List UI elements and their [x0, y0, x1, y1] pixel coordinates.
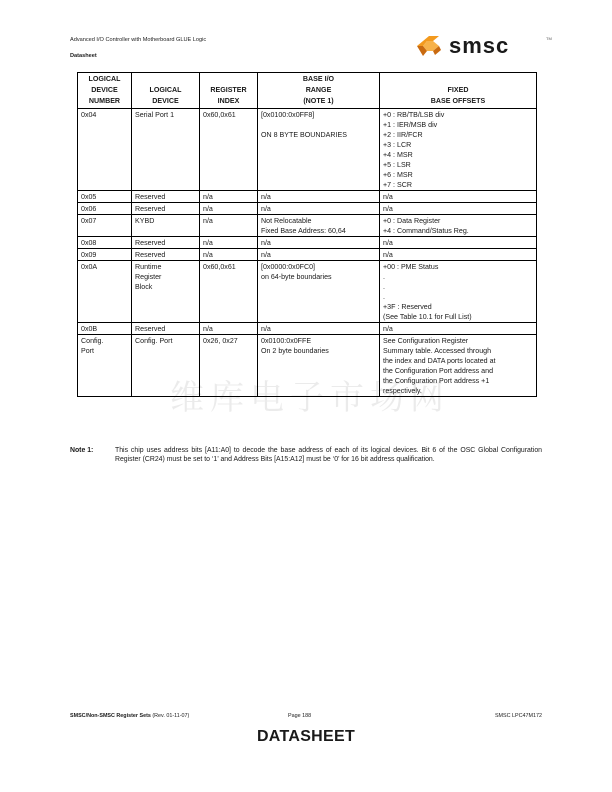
cell-text: 0x04 [81, 110, 128, 120]
footer-section-title: SMSC/Non-SMSC Register Sets [70, 713, 151, 719]
cell-text: n/a [203, 216, 254, 226]
cell-text: +0 : Data Register [383, 216, 533, 226]
note-label: Note 1: [70, 446, 93, 455]
register-index-cell: 0x60,0x61 [200, 109, 258, 191]
svg-text:smsc: smsc [449, 33, 509, 58]
device-name-cell: Reserved [132, 323, 200, 335]
cell-text: +3F : Reserved [383, 302, 533, 312]
base-offsets-cell: n/a [380, 203, 537, 215]
base-range-cell: 0x0100:0x0FFEOn 2 byte boundaries [258, 335, 380, 397]
cell-text: Runtime [135, 262, 196, 272]
register-index-cell: n/a [200, 249, 258, 261]
header-text: BASE OFFSETS [383, 96, 533, 107]
cell-text: 0x60,0x61 [203, 110, 254, 120]
register-index-cell: n/a [200, 203, 258, 215]
device-name-cell: Reserved [132, 249, 200, 261]
col-logical-device-header: LOGICALDEVICE [132, 73, 200, 109]
device-name-cell: Serial Port 1 [132, 109, 200, 191]
header-text: (NOTE 1) [261, 96, 376, 107]
base-range-cell: [0x0100:0x0FF8] ON 8 BYTE BOUNDARIES [258, 109, 380, 191]
cell-text: n/a [261, 250, 376, 260]
device-number-cell: 0x07 [78, 215, 132, 237]
smsc-logo: smsc TM [415, 30, 555, 60]
base-range-cell: n/a [258, 237, 380, 249]
cell-text: n/a [383, 250, 533, 260]
device-number-cell: 0x09 [78, 249, 132, 261]
cell-text: n/a [203, 250, 254, 260]
svg-text:TM: TM [546, 36, 552, 41]
device-name-cell: Reserved [132, 191, 200, 203]
cell-text: n/a [383, 324, 533, 334]
cell-text: n/a [383, 204, 533, 214]
device-name-cell: Config. Port [132, 335, 200, 397]
base-offsets-cell: +0 : RB/TB/LSB div+1 : IER/MSB div+2 : I… [380, 109, 537, 191]
col-base-io-range-header: BASE I/ORANGE(NOTE 1) [258, 73, 380, 109]
cell-text: See Configuration Register [383, 336, 533, 346]
cell-text: 0x08 [81, 238, 128, 248]
cell-text: +6 : MSR [383, 170, 533, 180]
cell-text: the Configuration Port address +1 [383, 376, 533, 386]
device-name-cell: Reserved [132, 237, 200, 249]
cell-text: +3 : LCR [383, 140, 533, 150]
cell-text: Reserved [135, 192, 196, 202]
cell-text: +4 : MSR [383, 150, 533, 160]
footer-revision: (Rev. 01-11-07) [151, 713, 189, 719]
device-number-cell: 0x06 [78, 203, 132, 215]
device-number-cell: Config.Port [78, 335, 132, 397]
cell-text: n/a [261, 238, 376, 248]
base-offsets-cell: n/a [380, 249, 537, 261]
cell-text: n/a [203, 324, 254, 334]
base-range-cell: [0x0000:0x0FC0]on 64-byte boundaries [258, 261, 380, 323]
cell-text: n/a [261, 192, 376, 202]
cell-text: Reserved [135, 250, 196, 260]
base-offsets-cell: n/a [380, 237, 537, 249]
footer-section: SMSC/Non-SMSC Register Sets (Rev. 01-11-… [70, 713, 189, 719]
cell-text: Summary table. Accessed through [383, 346, 533, 356]
cell-text: KYBD [135, 216, 196, 226]
device-number-cell: 0x0A [78, 261, 132, 323]
cell-text: on 64-byte boundaries [261, 272, 376, 282]
cell-text: 0x05 [81, 192, 128, 202]
cell-text: . [383, 282, 533, 292]
base-range-cell: Not RelocatableFixed Base Address: 60,64 [258, 215, 380, 237]
cell-text: . [383, 292, 533, 302]
cell-text: 0x06 [81, 204, 128, 214]
device-name-cell: RuntimeRegisterBlock [132, 261, 200, 323]
cell-text: . [383, 272, 533, 282]
cell-text: 0x07 [81, 216, 128, 226]
header-text: BASE I/O [261, 74, 376, 85]
cell-text: the index and DATA ports located at [383, 356, 533, 366]
register-index-cell: 0x60,0x61 [200, 261, 258, 323]
cell-text: ON 8 BYTE BOUNDARIES [261, 130, 376, 140]
cell-text: 0x09 [81, 250, 128, 260]
table-row: 0x08Reservedn/an/an/a [78, 237, 537, 249]
base-offsets-cell: n/a [380, 191, 537, 203]
cell-text: Fixed Base Address: 60,64 [261, 226, 376, 236]
header-text: INDEX [203, 96, 254, 107]
table-row: 0x0BReservedn/an/an/a [78, 323, 537, 335]
device-number-cell: 0x0B [78, 323, 132, 335]
cell-text: Block [135, 282, 196, 292]
cell-text: respectively. [383, 386, 533, 396]
cell-text: 0x60,0x61 [203, 262, 254, 272]
base-range-cell: n/a [258, 249, 380, 261]
cell-text: +7 : SCR [383, 180, 533, 190]
cell-text: n/a [383, 192, 533, 202]
cell-text: Serial Port 1 [135, 110, 196, 120]
cell-text: Not Relocatable [261, 216, 376, 226]
base-offsets-cell: See Configuration RegisterSummary table.… [380, 335, 537, 397]
note-text: This chip uses address bits [A11:A0] to … [115, 446, 542, 464]
device-name-cell: KYBD [132, 215, 200, 237]
cell-text: +5 : LSR [383, 160, 533, 170]
cell-text: n/a [261, 324, 376, 334]
cell-text: 0x26, 0x27 [203, 336, 254, 346]
cell-text: +2 : IIR/FCR [383, 130, 533, 140]
cell-text: [0x0100:0x0FF8] [261, 110, 376, 120]
base-offsets-cell: +0 : Data Register+4 : Command/Status Re… [380, 215, 537, 237]
footer-page-number: Page 188 [288, 713, 311, 719]
cell-text: 0x0A [81, 262, 128, 272]
base-range-cell: n/a [258, 191, 380, 203]
smsc-logo-icon: smsc TM [415, 30, 555, 60]
device-number-cell: 0x05 [78, 191, 132, 203]
cell-text: Port [81, 346, 128, 356]
table-body: 0x04Serial Port 10x60,0x61[0x0100:0x0FF8… [78, 109, 537, 397]
header-text: FIXED [383, 85, 533, 96]
cell-text: the Configuration Port address and [383, 366, 533, 376]
register-index-cell: n/a [200, 215, 258, 237]
cell-text [261, 120, 376, 130]
table-row: 0x0ARuntimeRegisterBlock0x60,0x61[0x0000… [78, 261, 537, 323]
table-row: 0x09Reservedn/an/an/a [78, 249, 537, 261]
register-index-cell: 0x26, 0x27 [200, 335, 258, 397]
cell-text: Register [135, 272, 196, 282]
col-fixed-base-offsets-header: FIXEDBASE OFFSETS [380, 73, 537, 109]
header-text: LOGICAL [135, 85, 196, 96]
document-subtitle: Datasheet [70, 53, 97, 59]
note-1: Note 1: This chip uses address bits [A11… [70, 446, 542, 464]
cell-text: Config. [81, 336, 128, 346]
register-index-cell: n/a [200, 323, 258, 335]
col-logical-device-number-header: LOGICALDEVICENUMBER [78, 73, 132, 109]
cell-text: Reserved [135, 238, 196, 248]
document-title: Advanced I/O Controller with Motherboard… [70, 37, 206, 43]
cell-text: [0x0000:0x0FC0] [261, 262, 376, 272]
cell-text: +4 : Command/Status Reg. [383, 226, 533, 236]
logical-device-table: LOGICALDEVICENUMBERLOGICALDEVICEREGISTER… [77, 72, 537, 397]
table-row: 0x05Reservedn/an/an/a [78, 191, 537, 203]
header-text: REGISTER [203, 85, 254, 96]
header-text: NUMBER [81, 96, 128, 107]
cell-text: 0x0100:0x0FFE [261, 336, 376, 346]
cell-text: Reserved [135, 204, 196, 214]
col-register-index-header: REGISTERINDEX [200, 73, 258, 109]
footer-banner: DATASHEET [0, 728, 612, 746]
cell-text: +0 : RB/TB/LSB div [383, 110, 533, 120]
cell-text: 0x0B [81, 324, 128, 334]
table-row: 0x07KYBDn/aNot RelocatableFixed Base Add… [78, 215, 537, 237]
cell-text: +00 : PME Status [383, 262, 533, 272]
cell-text: On 2 byte boundaries [261, 346, 376, 356]
register-index-cell: n/a [200, 237, 258, 249]
cell-text: Config. Port [135, 336, 196, 346]
table-row: Config.PortConfig. Port0x26, 0x270x0100:… [78, 335, 537, 397]
cell-text: (See Table 10.1 for Full List) [383, 312, 533, 322]
header-text: LOGICAL [81, 74, 128, 85]
cell-text: +1 : IER/MSB div [383, 120, 533, 130]
header-text: RANGE [261, 85, 376, 96]
table-row: 0x06Reservedn/an/an/a [78, 203, 537, 215]
cell-text: n/a [261, 204, 376, 214]
base-offsets-cell: +00 : PME Status...+3F : Reserved(See Ta… [380, 261, 537, 323]
cell-text: n/a [203, 204, 254, 214]
cell-text: n/a [383, 238, 533, 248]
device-number-cell: 0x08 [78, 237, 132, 249]
register-index-cell: n/a [200, 191, 258, 203]
cell-text: n/a [203, 192, 254, 202]
footer-part-number: SMSC LPC47M172 [495, 713, 542, 719]
header-text: DEVICE [135, 96, 196, 107]
base-range-cell: n/a [258, 323, 380, 335]
device-number-cell: 0x04 [78, 109, 132, 191]
cell-text: n/a [203, 238, 254, 248]
table-row: 0x04Serial Port 10x60,0x61[0x0100:0x0FF8… [78, 109, 537, 191]
cell-text: Reserved [135, 324, 196, 334]
base-range-cell: n/a [258, 203, 380, 215]
table-header-row: LOGICALDEVICENUMBERLOGICALDEVICEREGISTER… [78, 73, 537, 109]
base-offsets-cell: n/a [380, 323, 537, 335]
header-text: DEVICE [81, 85, 128, 96]
device-name-cell: Reserved [132, 203, 200, 215]
